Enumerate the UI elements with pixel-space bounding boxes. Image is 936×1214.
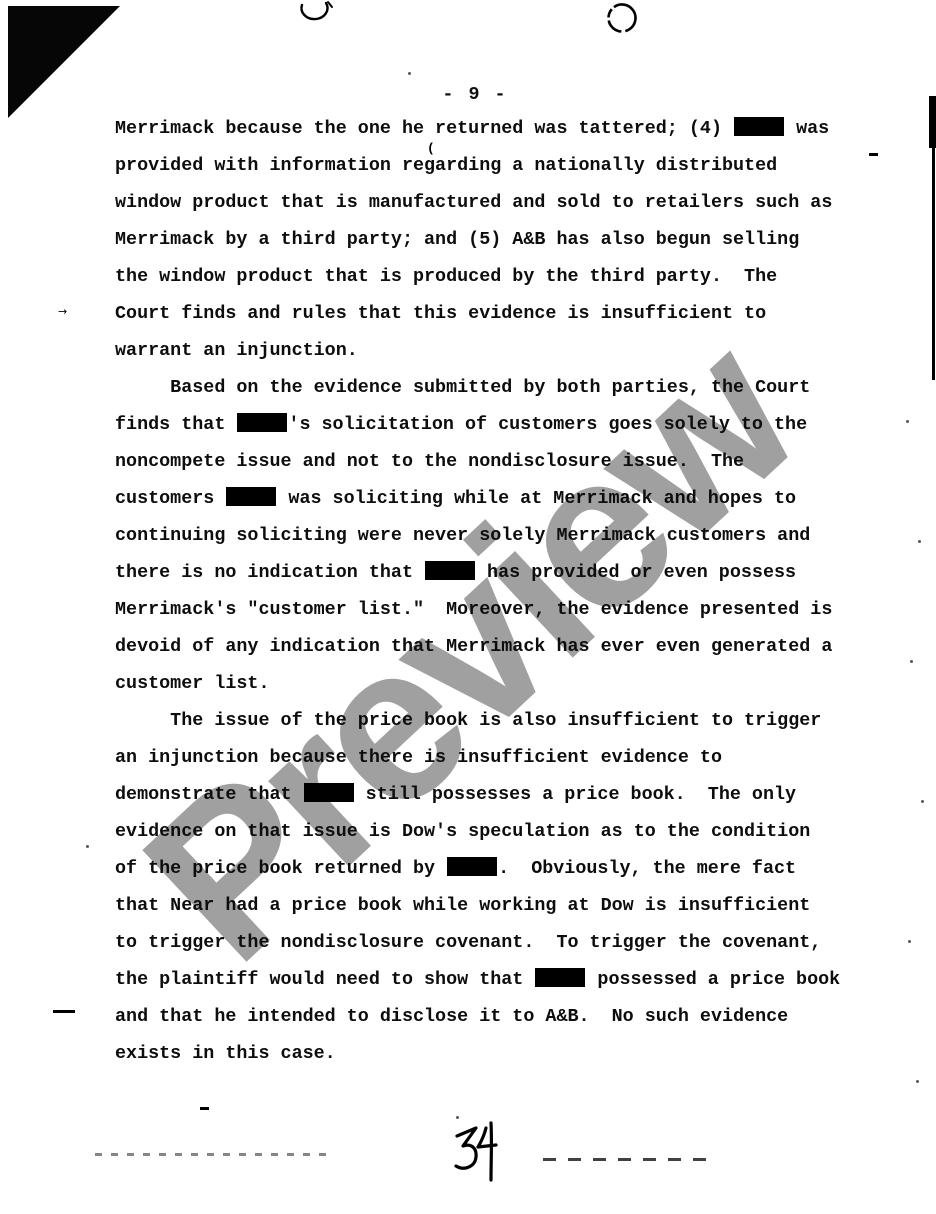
line-text: customers bbox=[115, 488, 225, 509]
redaction-box bbox=[237, 413, 287, 432]
scan-noise-dashes bbox=[95, 1153, 335, 1156]
handwritten-page-number-value: 34 bbox=[0, 0, 1, 1]
margin-dash-artifact bbox=[869, 153, 878, 156]
document-line: Based on the evidence submitted by both … bbox=[115, 373, 839, 410]
hole-punch-circle-icon bbox=[604, 1, 640, 37]
redaction-box bbox=[304, 783, 354, 802]
line-text: The issue of the price book is also insu… bbox=[115, 710, 821, 731]
scan-dot bbox=[408, 72, 411, 75]
line-text: and that he intended to disclose it to A… bbox=[115, 1006, 788, 1027]
document-line: continuing soliciting were never solely … bbox=[115, 521, 839, 558]
line-text: demonstrate that bbox=[115, 784, 303, 805]
line-text: still possesses a price book. The only bbox=[355, 784, 796, 805]
scan-dot bbox=[910, 660, 913, 663]
document-line: devoid of any indication that Merrimack … bbox=[115, 632, 839, 669]
line-text: Court finds and rules that this evidence… bbox=[115, 303, 766, 324]
line-text: the window product that is produced by t… bbox=[115, 266, 777, 287]
document-line: Court finds and rules that this evidence… bbox=[115, 299, 839, 336]
document-line: finds that 's solicitation of customers … bbox=[115, 410, 839, 447]
document-line: and that he intended to disclose it to A… bbox=[115, 1002, 839, 1039]
redaction-box bbox=[447, 857, 497, 876]
line-text: of the price book returned by bbox=[115, 858, 446, 879]
document-line: customer list. bbox=[115, 669, 839, 706]
scan-dot bbox=[916, 1080, 919, 1083]
line-text: warrant an injunction. bbox=[115, 340, 358, 361]
line-text: there is no indication that bbox=[115, 562, 424, 583]
line-text: window product that is manufactured and … bbox=[115, 192, 832, 213]
document-line: Merrimack by a third party; and (5) A&B … bbox=[115, 225, 839, 262]
redaction-box bbox=[535, 968, 585, 987]
margin-dash-artifact bbox=[53, 1010, 75, 1013]
line-text: Based on the evidence submitted by both … bbox=[115, 377, 810, 398]
line-text: Merrimack by a third party; and (5) A&B … bbox=[115, 229, 799, 250]
document-line: warrant an injunction. bbox=[115, 336, 839, 373]
document-line: customers was soliciting while at Merrim… bbox=[115, 484, 839, 521]
hole-punch-circle-icon bbox=[296, 0, 334, 30]
redaction-box bbox=[226, 487, 276, 506]
scan-dot bbox=[906, 420, 909, 423]
scanned-document-page: Preview - 9 - Merrimack because the one … bbox=[0, 0, 936, 1214]
document-line: to trigger the nondisclosure covenant. T… bbox=[115, 928, 839, 965]
scan-edge-artifact bbox=[932, 145, 935, 380]
document-line: there is no indication that has provided… bbox=[115, 558, 839, 595]
line-text: was soliciting while at Merrimack and ho… bbox=[277, 488, 796, 509]
document-line: The issue of the price book is also insu… bbox=[115, 706, 839, 743]
line-text: devoid of any indication that Merrimack … bbox=[115, 636, 832, 657]
document-line: Merrimack's "customer list." Moreover, t… bbox=[115, 595, 839, 632]
document-line: that Near had a price book while working… bbox=[115, 891, 839, 928]
scan-noise-dashes bbox=[543, 1158, 708, 1161]
margin-arrow-artifact: → bbox=[58, 305, 67, 318]
document-body: Merrimack because the one he returned wa… bbox=[115, 114, 839, 1076]
redaction-box bbox=[425, 561, 475, 580]
line-text: Merrimack because the one he returned wa… bbox=[115, 118, 733, 139]
line-text: to trigger the nondisclosure covenant. T… bbox=[115, 932, 821, 953]
line-text: exists in this case. bbox=[115, 1043, 336, 1064]
document-line: demonstrate that still possesses a price… bbox=[115, 780, 839, 817]
line-text: that Near had a price book while working… bbox=[115, 895, 810, 916]
line-text: was bbox=[785, 118, 829, 139]
redaction-box bbox=[734, 117, 784, 136]
page-number-header: - 9 - bbox=[115, 84, 835, 105]
scan-edge-artifact bbox=[929, 96, 936, 148]
line-text: evidence on that issue is Dow's speculat… bbox=[115, 821, 810, 842]
scan-dot bbox=[921, 800, 924, 803]
document-line: Merrimack because the one he returned wa… bbox=[115, 114, 839, 151]
document-line: evidence on that issue is Dow's speculat… bbox=[115, 817, 839, 854]
line-text: 's solicitation of customers goes solely… bbox=[288, 414, 807, 435]
margin-dash-artifact bbox=[200, 1107, 209, 1110]
document-line: exists in this case. bbox=[115, 1039, 839, 1076]
document-line: the plaintiff would need to show that po… bbox=[115, 965, 839, 1002]
scan-dot bbox=[908, 940, 911, 943]
line-text: finds that bbox=[115, 414, 236, 435]
document-line: of the price book returned by . Obviousl… bbox=[115, 854, 839, 891]
line-text: Merrimack's "customer list." Moreover, t… bbox=[115, 599, 832, 620]
line-text: continuing soliciting were never solely … bbox=[115, 525, 810, 546]
document-line: noncompete issue and not to the nondiscl… bbox=[115, 447, 839, 484]
document-line: window product that is manufactured and … bbox=[115, 188, 839, 225]
line-text: possessed a price book bbox=[586, 969, 840, 990]
line-text: has provided or even possess bbox=[476, 562, 796, 583]
stray-paren-artifact: ( bbox=[427, 141, 435, 156]
document-line: provided with information regarding a na… bbox=[115, 151, 839, 188]
line-text: customer list. bbox=[115, 673, 270, 694]
document-line: an injunction because there is insuffici… bbox=[115, 743, 839, 780]
line-text: . Obviously, the mere fact bbox=[498, 858, 796, 879]
scan-dot bbox=[918, 540, 921, 543]
corner-fold-artifact bbox=[8, 6, 120, 118]
line-text: noncompete issue and not to the nondiscl… bbox=[115, 451, 744, 472]
line-text: an injunction because there is insuffici… bbox=[115, 747, 722, 768]
handwritten-page-number bbox=[444, 1119, 506, 1187]
document-line: the window product that is produced by t… bbox=[115, 262, 839, 299]
line-text: provided with information regarding a na… bbox=[115, 155, 777, 176]
scan-dot bbox=[86, 845, 89, 848]
line-text: the plaintiff would need to show that bbox=[115, 969, 534, 990]
